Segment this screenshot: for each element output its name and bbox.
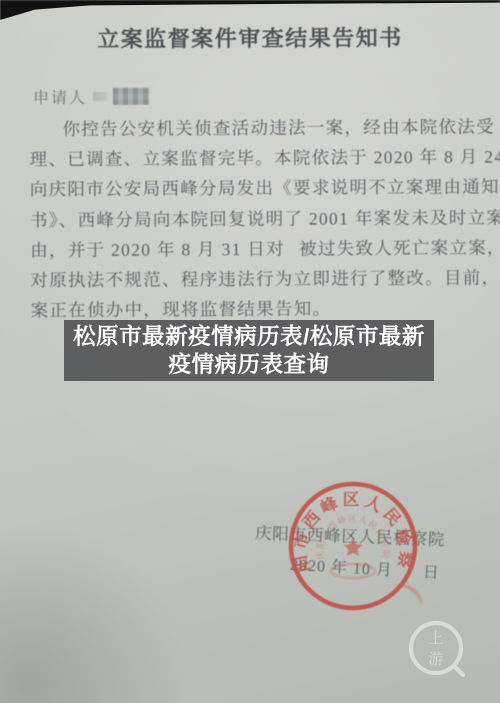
document-title: 立案监督案件审查结果告知书	[0, 21, 500, 55]
seal-bottom-smudge	[331, 564, 375, 578]
watermark-char-top: 上	[428, 630, 443, 647]
seal-arc-text-inner: 庆阳市西峰区人民检察院	[315, 513, 392, 560]
body-line: 书》、西峰分局向本院回复说明了 2001 年案发未及时立案理	[30, 202, 476, 235]
caption-line-1: 松原市最新疫情病历表/松原市最新	[64, 323, 434, 351]
document-photo: 立案监督案件审查结果告知书 申请人 你控告公安机关侦查活动违法一案，经由本院依法…	[0, 0, 500, 703]
body-line-prefix: 由，并于 2020 年 8 月 31 日对	[30, 234, 285, 266]
body-line-suffix: 被过失致人死亡案立案，	[299, 232, 500, 263]
body-line: 对原执法不规范、程序违法行为立即进行了整改。目前，该	[30, 263, 476, 296]
caption-line-2: 疫情病历表查询	[64, 351, 434, 379]
body-line: 你控告公安机关侦查活动违法一案，经由本院依法受	[29, 112, 475, 145]
applicant-name-redaction	[113, 88, 149, 105]
applicant-faint-handwriting	[93, 92, 107, 101]
applicant-label: 申请人	[33, 85, 87, 108]
watermark-char-bottom: 游	[428, 651, 443, 668]
issue-date-suffix: 日	[422, 559, 440, 583]
body-line: 向庆阳市公安局西峰分局发出《要求说明不立案理由通知	[30, 172, 476, 205]
body-line: 理、已调查、立案监督完毕。本院依法于 2020 年 8 月 24 日	[30, 142, 476, 175]
watermark-tail	[454, 666, 463, 675]
shangyou-news-watermark-icon: 上 游	[405, 614, 469, 684]
caption-overlay-banner: 松原市最新疫情病历表/松原市最新 疫情病历表查询	[64, 320, 434, 381]
document-body: 你控告公安机关侦查活动违法一案，经由本院依法受 理、已调查、立案监督完毕。本院依…	[29, 112, 476, 326]
body-line-with-redaction: 由，并于 2020 年 8 月 31 日对 被过失致人死亡案立案，	[30, 232, 476, 265]
seal-arc-text-outer: 庆阳市西峰区人民检察院	[286, 479, 417, 574]
seal-star-icon	[344, 538, 363, 556]
applicant-row: 申请人	[33, 85, 149, 109]
